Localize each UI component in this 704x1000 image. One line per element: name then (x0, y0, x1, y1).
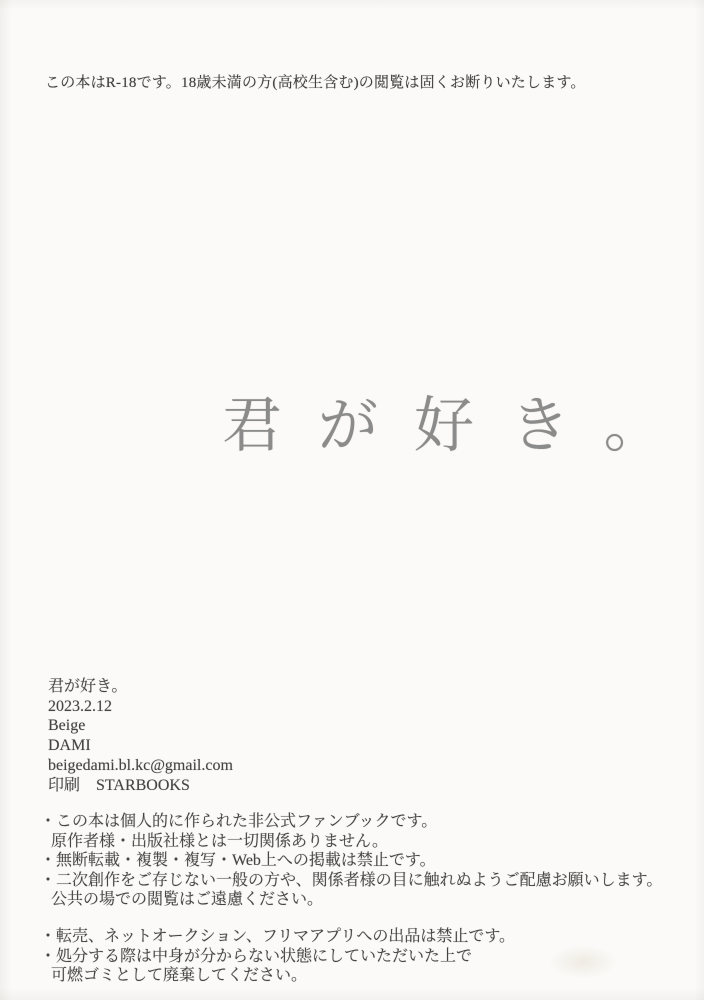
colophon-author: DAMI (48, 736, 233, 756)
notice-group-disclaimer: ・この本は個人的に作られた非公式ファンブックです。 原作者様・出版社様とは一切関… (40, 812, 662, 910)
colophon-circle: Beige (48, 716, 233, 736)
colophon-block: 君が好き。 2023.2.12 Beige DAMI beigedami.bl.… (48, 677, 233, 795)
notice-line: 公共の場での閲覧はご遠慮ください。 (40, 890, 662, 910)
colophon-date: 2023.2.12 (48, 697, 233, 717)
notice-line: ・無断転載・複製・複写・Web上への掲載は禁止です。 (40, 851, 662, 871)
colophon-printer-line: 印刷STARBOOKS (48, 776, 233, 796)
rating-notice: この本はR-18です。18歳未満の方(高校生含む)の閲覧は固くお断りいたします。 (45, 71, 586, 92)
scanned-colophon-page: この本はR-18です。18歳未満の方(高校生含む)の閲覧は固くお断りいたします。… (0, 0, 704, 1000)
notice-line: ・この本は個人的に作られた非公式ファンブックです。 (40, 812, 662, 832)
notice-line: 原作者様・出版社様とは一切関係ありません。 (40, 832, 662, 852)
notices-block: ・この本は個人的に作られた非公式ファンブックです。 原作者様・出版社様とは一切関… (40, 812, 662, 986)
notice-line: 可燃ゴミとして廃棄してください。 (40, 966, 662, 986)
printer-name: STARBOOKS (96, 777, 190, 794)
notice-line: ・転売、ネットオークション、フリマアプリへの出品は禁止です。 (40, 927, 662, 947)
notice-line: ・処分する際は中身が分からない状態にしていただいた上で (40, 947, 662, 967)
printer-label: 印刷 (48, 777, 80, 794)
page-title: 君が好き。 (222, 396, 700, 456)
notice-line: ・二次創作をご存じない一般の方や、関係者様の目に触れぬようご配慮お願いします。 (40, 871, 662, 891)
colophon-book-title: 君が好き。 (48, 677, 233, 697)
notice-group-resale: ・転売、ネットオークション、フリマアプリへの出品は禁止です。 ・処分する際は中身… (40, 927, 662, 986)
colophon-email: beigedami.bl.kc@gmail.com (48, 756, 233, 776)
